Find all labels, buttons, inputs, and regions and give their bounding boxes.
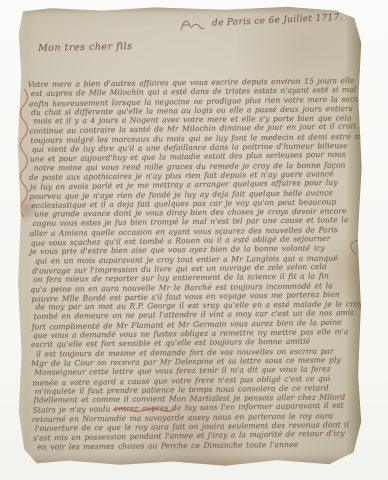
paraph-mark-icon <box>178 16 206 34</box>
letter-body: Votre mere a bien d'autres affaires que … <box>28 76 364 458</box>
place-date-line: de Paris ce 6e Juillet 1717. <box>212 11 364 28</box>
salutation: Mon tres cher fils <box>38 41 133 54</box>
paper-deckle-edge <box>346 6 364 468</box>
red-underline-icon <box>112 406 178 413</box>
letter-paper: de Paris ce 6e Juillet 1717. Mon tres ch… <box>16 6 364 468</box>
scan-background: de Paris ce 6e Juillet 1717. Mon tres ch… <box>0 0 388 480</box>
paper-bottom-wear <box>16 454 364 468</box>
